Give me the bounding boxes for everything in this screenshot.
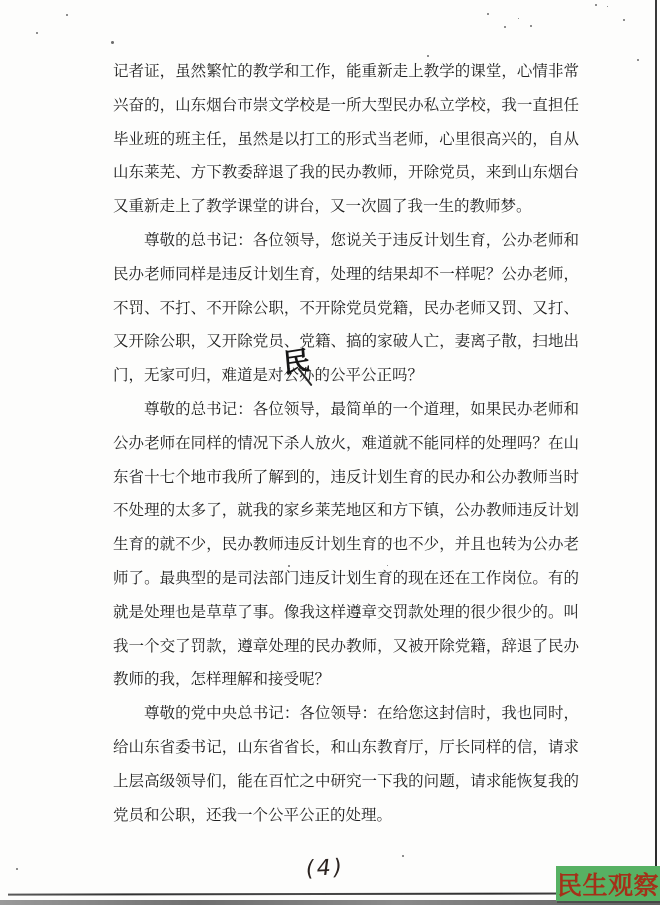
scan-speck — [504, 26, 506, 28]
scan-speck — [36, 32, 38, 34]
scan-speck — [16, 868, 18, 870]
scan-speck — [402, 855, 404, 857]
scan-speck — [637, 59, 639, 61]
letter-body: 记者证，虽然繁忙的教学和工作，能重新走上教学的课堂，心情非常兴奋的，山东烟台市崇… — [113, 55, 579, 832]
watermark-badge: 民生观察 — [556, 866, 660, 901]
paragraph-1: 记者证，虽然繁忙的教学和工作，能重新走上教学的课堂，心情非常兴奋的，山东烟台市崇… — [113, 55, 579, 224]
scan-speck — [518, 18, 519, 19]
paragraph-4: 尊敬的党中央总书记：各位领导：在给您这封信时，我也同时，给山东省委书记，山东省省… — [113, 697, 579, 832]
scan-speck — [387, 565, 388, 566]
handwritten-correction: 民 — [281, 338, 311, 381]
paragraph-2: 尊敬的总书记：各位领导，您说关于违反计划生育，公办老师和民办老师同样是违反计划生… — [113, 224, 579, 393]
scan-speck — [427, 55, 429, 57]
scan-speck — [111, 41, 114, 44]
scan-speck — [607, 6, 608, 7]
scan-speck — [530, 25, 532, 27]
scan-speck — [523, 584, 524, 585]
scan-speck — [288, 565, 290, 567]
scanned-letter-page: 记者证，虽然繁忙的教学和工作，能重新走上教学的课堂，心情非常兴奋的，山东烟台市崇… — [0, 0, 660, 905]
handwritten-page-number: (4) — [304, 855, 345, 882]
scan-speck — [267, 712, 268, 713]
scan-right-edge-line — [655, 0, 657, 868]
scan-speck — [595, 4, 597, 6]
paragraph-3: 尊敬的总书记：各位领导，最简单的一个道理，如果民办老师和公办老师在同样的情况下杀… — [113, 393, 579, 697]
scan-speck — [623, 19, 625, 21]
watermark-text: 民生观察 — [557, 866, 659, 902]
scan-speck — [487, 13, 489, 15]
scan-speck — [66, 14, 68, 16]
